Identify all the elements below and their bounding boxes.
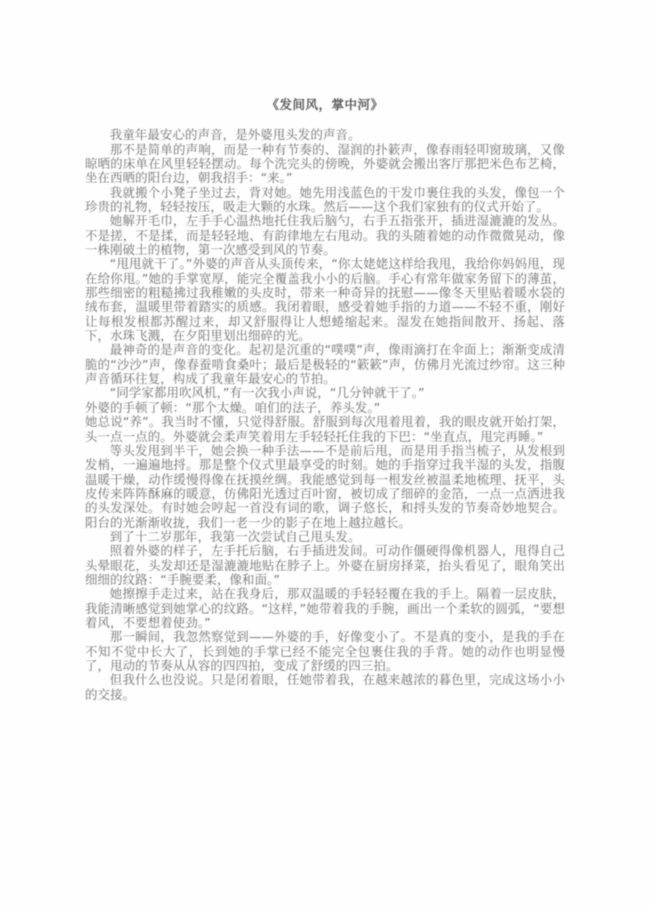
paragraph: 我童年最安心的声音，是外婆甩头发的声音。 <box>85 128 565 142</box>
paragraph: 到了十二岁那年，我第一次尝试自己甩头发。 <box>85 530 565 544</box>
paragraph: “甩甩就干了。”外婆的声音从头顶传来，“你太姥姥这样给我甩，我给你妈妈甩，现在给… <box>85 257 565 343</box>
paragraph: 等头发甩到半干，她会换一种手法——不是前后甩，而是用手指当梳子，从发根到发梢，一… <box>85 444 565 530</box>
paragraph: 我就搬个小凳子坐过去，背对她。她先用浅蓝色的干发巾裹住我的头发，像包一个珍贵的礼… <box>85 186 565 215</box>
essay-body: 我童年最安心的声音，是外婆甩头发的声音。那不是简单的声响，而是一种有节奏的、湿润… <box>85 128 565 702</box>
paragraph: 但我什么也没说。只是闭着眼，任她带着我，在越来越浓的暮色里，完成这场小小的交接。 <box>85 673 565 702</box>
paragraph: 外婆的手顿了顿：“那个太燥。咱们的法子，养头发。” <box>85 401 565 415</box>
paragraph: “同学家都用吹风机，”有一次我小声说，“几分钟就干了。” <box>85 386 565 400</box>
document-content: 《发间风，掌中河》 我童年最安心的声音，是外婆甩头发的声音。那不是简单的声响，而… <box>85 98 565 702</box>
paragraph: 照着外婆的样子，左手托后脑，右手插进发间。可动作僵硬得像机器人，甩得自己头晕眼花… <box>85 544 565 587</box>
paragraph: 她总说“养”。我当时不懂，只觉得舒服。舒服到每次甩着甩着，我的眼皮就开始打架，头… <box>85 415 565 444</box>
paragraph: 那不是简单的声响，而是一种有节奏的、湿润的扑簌声，像春雨轻叩窗玻璃，又像晾晒的床… <box>85 143 565 186</box>
paragraph: 她解开毛巾，左手手心温热地托住我后脑勺，右手五指张开，插进湿漉漉的发丛。不是搓，… <box>85 214 565 257</box>
paragraph: 最神奇的是声音的变化。起初是沉重的“噗噗”声，像雨滴打在伞面上；渐渐变成清脆的“… <box>85 343 565 386</box>
paragraph: 她擦擦手走过来，站在我身后，那双温暖的手轻轻覆在我的手上。隔着一层皮肤，我能清晰… <box>85 587 565 630</box>
document-page: 《发间风，掌中河》 我童年最安心的声音，是外婆甩头发的声音。那不是简单的声响，而… <box>0 0 650 910</box>
paragraph: 那一瞬间，我忽然察觉到——外婆的手，好像变小了。不是真的变小，是我的手在不知不觉… <box>85 630 565 673</box>
document-title: 《发间风，掌中河》 <box>85 98 565 112</box>
